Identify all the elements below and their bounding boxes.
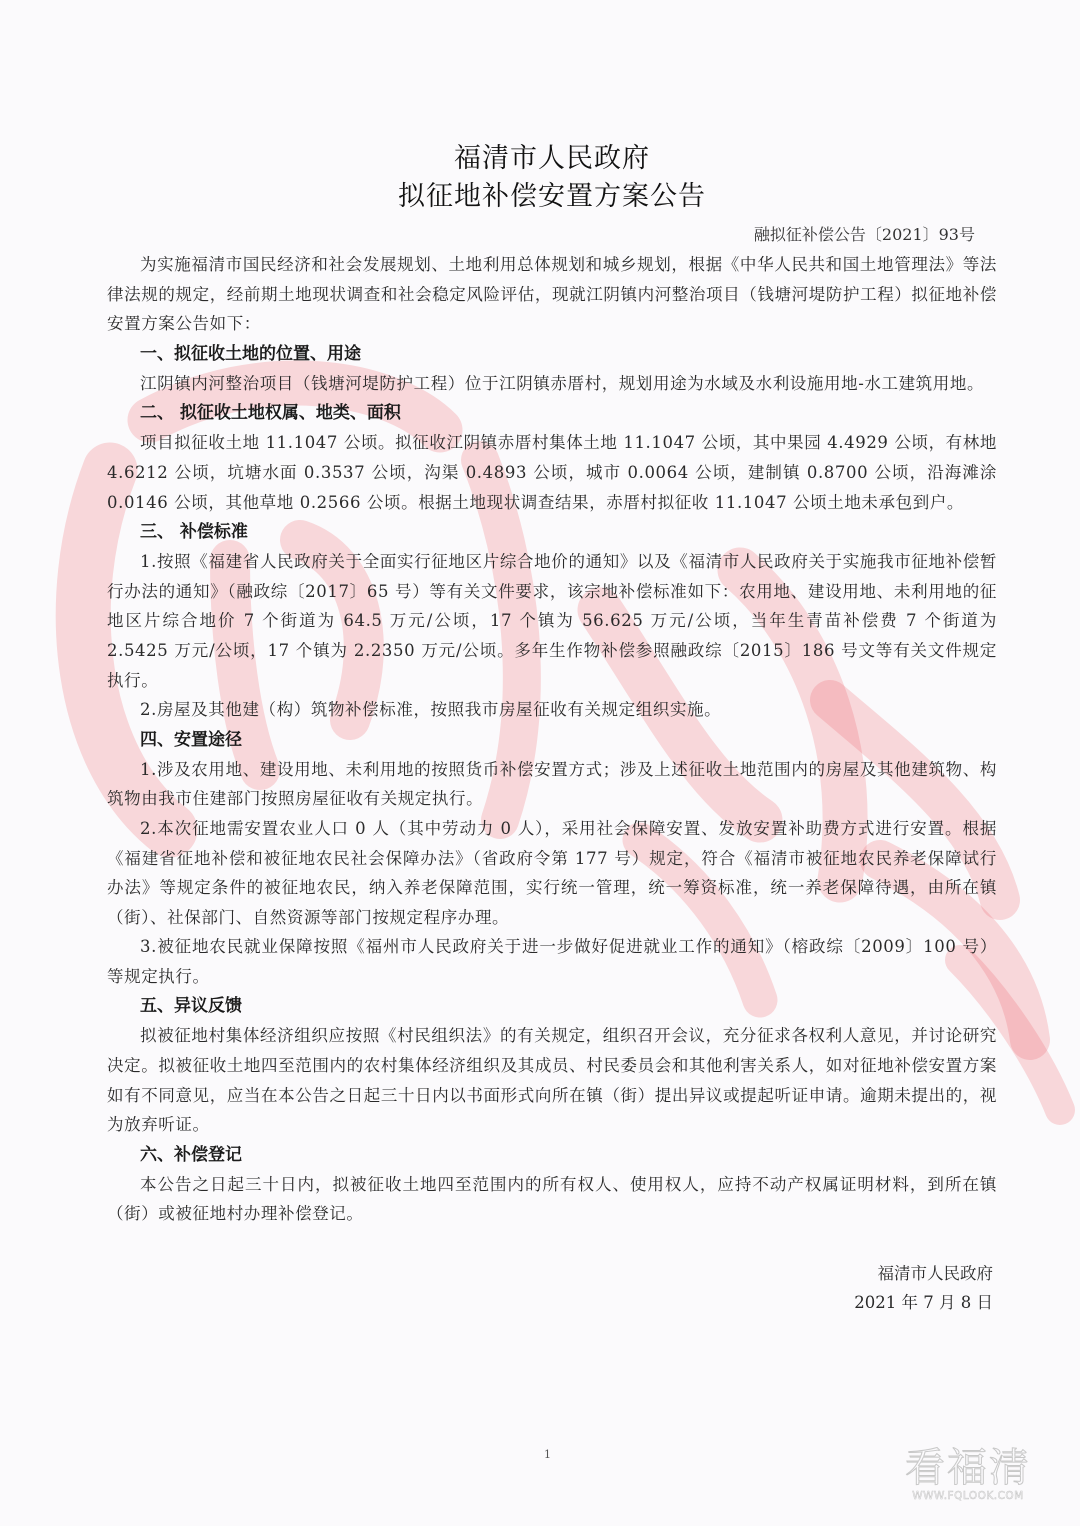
signature-issuer: 福清市人民政府 — [107, 1259, 997, 1288]
section-paragraph: 3.被征地农民就业保障按照《福州市人民政府关于进一步做好促进就业工作的通知》（榕… — [107, 932, 997, 991]
brand-watermark: 看福清 WWW.FQLOOK.COM — [878, 1446, 1058, 1502]
section-heading: 二、 拟征收土地权属、地类、面积 — [107, 398, 997, 428]
section-heading: 一、拟征收土地的位置、用途 — [107, 339, 997, 369]
document-page: 福清市人民政府 拟征地补偿安置方案公告 融拟征补偿公告〔2021〕93号 为实施… — [107, 140, 997, 1317]
section-1: 一、拟征收土地的位置、用途 江阴镇内河整治项目（钱塘河堤防护工程）位于江阴镇赤厝… — [107, 339, 997, 399]
section-paragraph: 本公告之日起三十日内，拟被征收土地四至范围内的所有权人、使用权人，应持不动产权属… — [107, 1170, 997, 1229]
section-5: 五、异议反馈 拟被征地村集体经济组织应按照《村民组织法》的有关规定，组织召开会议… — [107, 991, 997, 1139]
section-paragraph: 项目拟征收土地 11.1047 公顷。拟征收江阴镇赤厝村集体土地 11.1047… — [107, 428, 997, 517]
section-4: 四、安置途径 1.涉及农用地、建设用地、未利用地的按照货币补偿安置方式；涉及上述… — [107, 725, 997, 992]
section-paragraph: 拟被征地村集体经济组织应按照《村民组织法》的有关规定，组织召开会议，充分征求各权… — [107, 1021, 997, 1139]
section-paragraph: 1.按照《福建省人民政府关于全面实行征地区片综合地价的通知》以及《福清市人民政府… — [107, 547, 997, 695]
section-heading: 四、安置途径 — [107, 725, 997, 755]
brand-logo-text: 看福清 — [878, 1446, 1058, 1490]
section-2: 二、 拟征收土地权属、地类、面积 项目拟征收土地 11.1047 公顷。拟征收江… — [107, 398, 997, 517]
section-heading: 五、异议反馈 — [107, 991, 997, 1021]
section-heading: 三、 补偿标准 — [107, 517, 997, 547]
section-3: 三、 补偿标准 1.按照《福建省人民政府关于全面实行征地区片综合地价的通知》以及… — [107, 517, 997, 725]
signature-date: 2021 年 7 月 8 日 — [107, 1288, 997, 1317]
brand-url: WWW.FQLOOK.COM — [878, 1490, 1058, 1502]
section-paragraph: 江阴镇内河整治项目（钱塘河堤防护工程）位于江阴镇赤厝村，规划用途为水域及水利设施… — [107, 369, 997, 399]
document-number: 融拟征补偿公告〔2021〕93号 — [107, 220, 997, 250]
section-paragraph: 2.房屋及其他建（构）筑物补偿标准，按照我市房屋征收有关规定组织实施。 — [107, 695, 997, 725]
document-title-line2: 拟征地补偿安置方案公告 — [107, 178, 997, 216]
document-title-line1: 福清市人民政府 — [107, 140, 997, 178]
section-6: 六、补偿登记 本公告之日起三十日内，拟被征收土地四至范围内的所有权人、使用权人，… — [107, 1140, 997, 1229]
page-number: 1 — [544, 1448, 551, 1461]
intro-paragraph: 为实施福清市国民经济和社会发展规划、土地利用总体规划和城乡规划，根据《中华人民共… — [107, 250, 997, 339]
section-paragraph: 2.本次征地需安置农业人口 0 人（其中劳动力 0 人），采用社会保障安置、发放… — [107, 814, 997, 932]
section-heading: 六、补偿登记 — [107, 1140, 997, 1170]
section-paragraph: 1.涉及农用地、建设用地、未利用地的按照货币补偿安置方式；涉及上述征收土地范围内… — [107, 755, 997, 814]
